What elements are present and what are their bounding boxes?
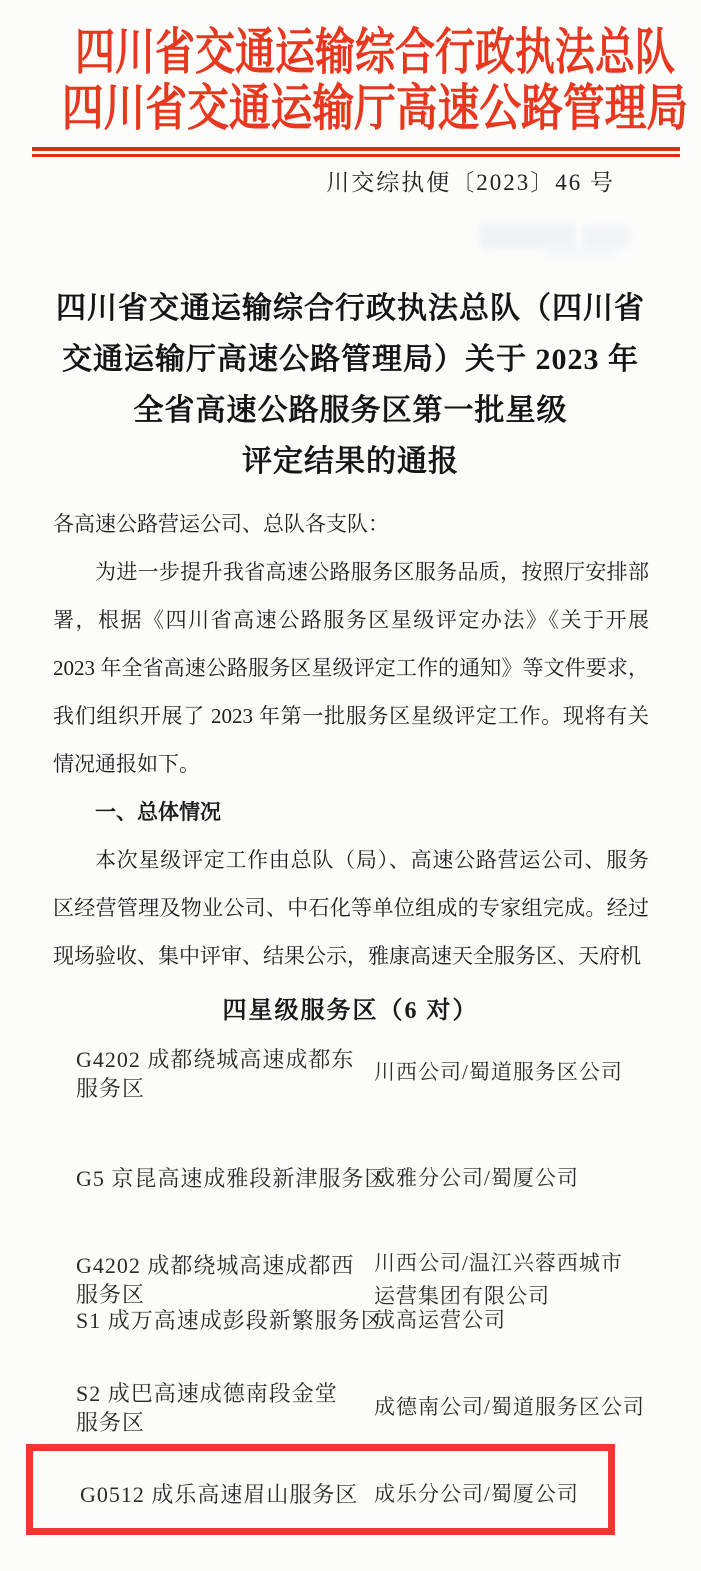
paragraph-1: 为进一步提升我省高速公路服务区服务品质，按照厅安排部署，根据《四川省高速公路服务… <box>53 548 649 788</box>
operating-company: 成德南公司/蜀道服务区公司 <box>374 1391 645 1421</box>
operating-company: 川西公司/蜀道服务区公司 <box>374 1056 623 1086</box>
document-body: 各高速公路营运公司、总队各支队： 为进一步提升我省高速公路服务区服务品质，按照厅… <box>53 500 649 980</box>
scanned-document-page: 四川省交通运输综合行政执法总队 四川省交通运输厅高速公路管理局 川交综执便〔20… <box>0 0 701 1571</box>
divider-top-line <box>32 147 680 151</box>
letterhead-line-1: 四川省交通运输综合行政执法总队 <box>75 24 675 80</box>
scan-smudge <box>545 245 615 257</box>
operating-company-highlighted: 成乐分公司/蜀厦公司 <box>374 1478 579 1508</box>
salutation: 各高速公路营运公司、总队各支队： <box>53 500 649 548</box>
title-line-4: 评定结果的通报 <box>0 436 701 487</box>
service-area-name: G4202 成都绕城高速成都东 <box>76 1043 354 1074</box>
operating-company: 成高运营公司 <box>374 1304 506 1334</box>
operating-company: 成雅分公司/蜀厦公司 <box>374 1162 579 1192</box>
title-line-3: 全省高速公路服务区第一批星级 <box>0 385 701 436</box>
section-heading: 一、总体情况 <box>53 788 649 836</box>
four-star-list-heading: 四星级服务区（6 对） <box>0 990 701 1025</box>
letterhead-line-2: 四川省交通运输厅高速公路管理局 <box>62 80 688 136</box>
title-line-1: 四川省交通运输综合行政执法总队（四川省 <box>0 283 701 334</box>
service-area-name-highlighted: G0512 成乐高速眉山服务区 <box>80 1478 358 1509</box>
service-area-name: 服务区 <box>76 1406 145 1437</box>
title-line-2: 交通运输厅高速公路管理局）关于 2023 年 <box>0 334 701 385</box>
document-title: 四川省交通运输综合行政执法总队（四川省 交通运输厅高速公路管理局）关于 2023… <box>0 283 701 487</box>
document-number: 川交综执便〔2023〕46 号 <box>326 164 615 197</box>
letterhead: 四川省交通运输综合行政执法总队 四川省交通运输厅高速公路管理局 <box>0 24 701 136</box>
paragraph-2: 本次星级评定工作由总队（局）、高速公路营运公司、服务区经营管理及物业公司、中石化… <box>53 836 649 980</box>
divider-bottom-line <box>32 154 680 157</box>
service-area-name: 服务区 <box>76 1072 145 1103</box>
service-area-name: S2 成巴高速成德南段金堂 <box>76 1377 338 1408</box>
letterhead-divider <box>32 147 680 157</box>
service-area-name: G4202 成都绕城高速成都西 <box>76 1249 354 1280</box>
service-area-name: S1 成万高速成彭段新繁服务区 <box>76 1304 384 1335</box>
service-area-name: G5 京昆高速成雅段新津服务区 <box>76 1162 387 1193</box>
operating-company: 川西公司/温江兴蓉西城市 <box>374 1247 623 1277</box>
